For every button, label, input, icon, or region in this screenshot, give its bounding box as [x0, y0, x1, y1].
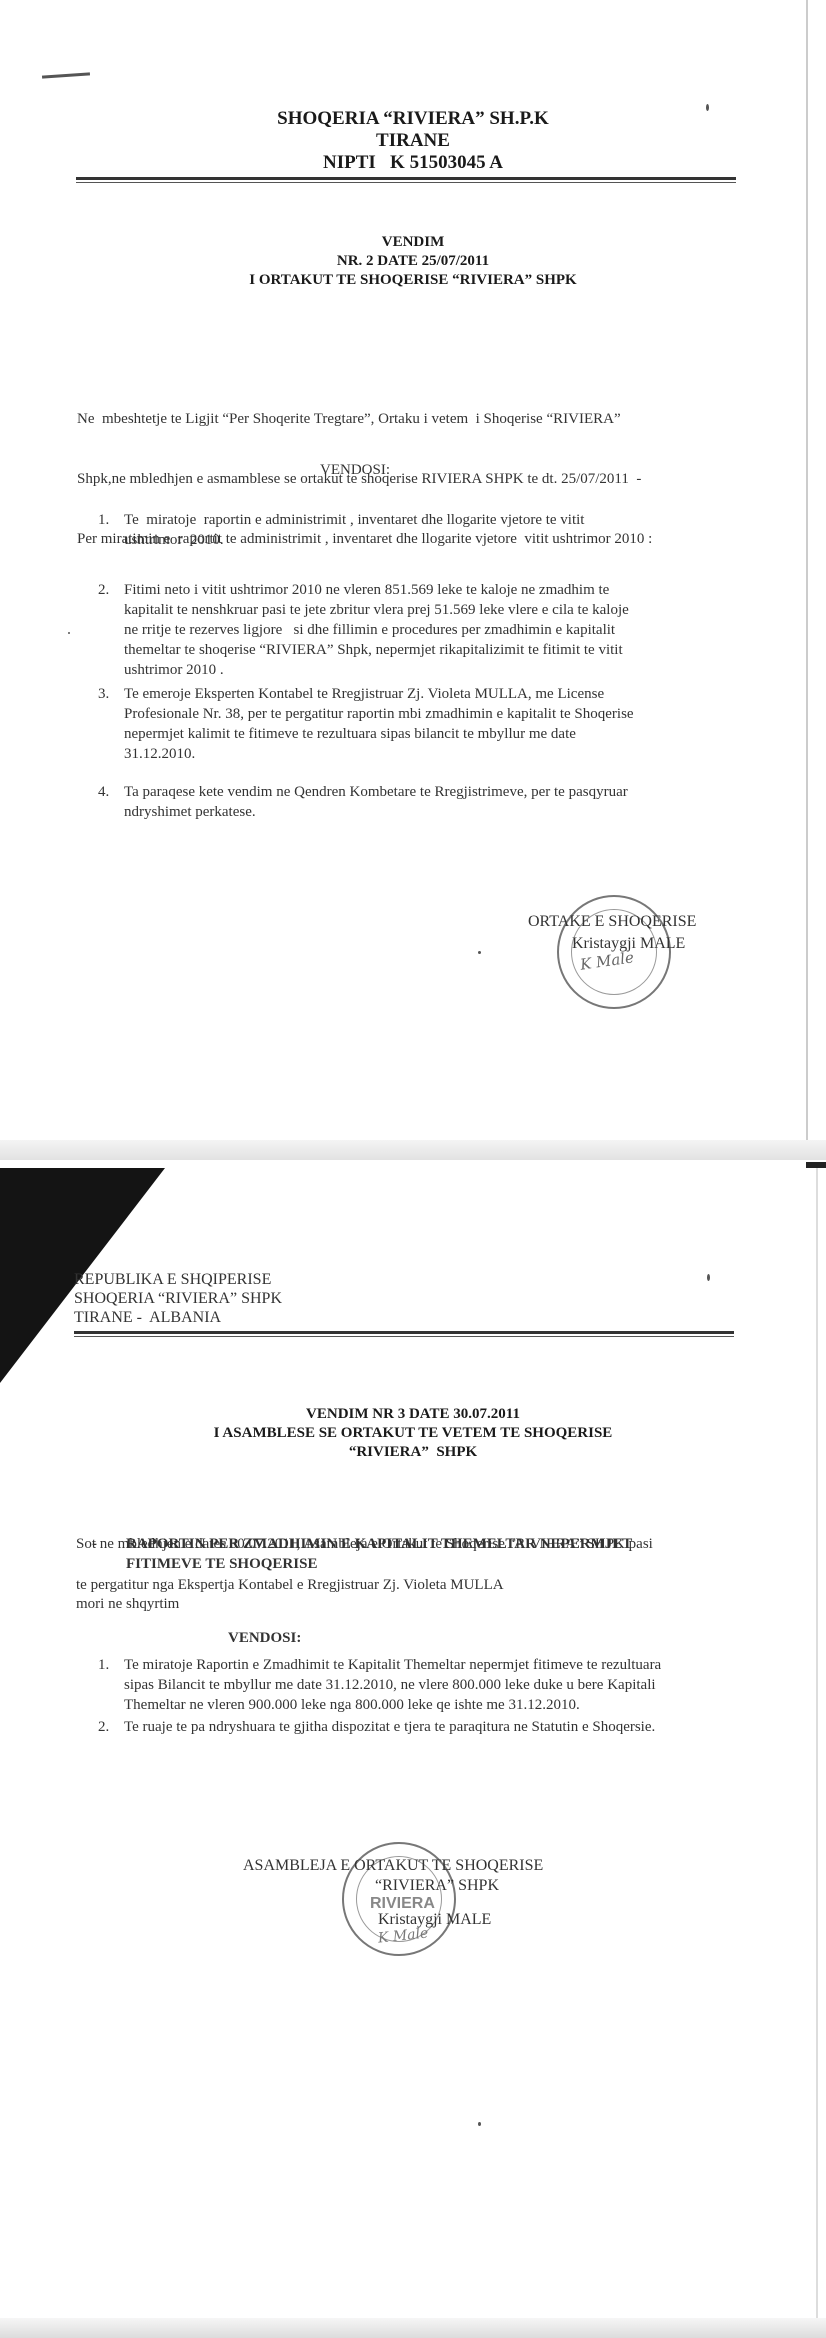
item-line: Te miratoje raportin e administrimit , i… [124, 510, 724, 530]
report-title-line: RAPORTIN PER ZMADHIMIN E KAPITALIT THEME… [126, 1534, 632, 1554]
intro-paragraph: Ne mbeshtetje te Ligjit “Per Shoqerite T… [77, 369, 727, 589]
header-city: TIRANE - ALBANIA [74, 1308, 282, 1327]
company-header: SHOQERIA “RIVIERA” SH.P.K TIRANE NIPTI K… [0, 108, 826, 174]
header-company: SHOQERIA “RIVIERA” SHPK [74, 1289, 282, 1308]
company-header: REPUBLIKA E SHQIPERISE SHOQERIA “RIVIERA… [74, 1270, 282, 1327]
prepared-by: te pergatitur nga Ekspertja Kontabel e R… [76, 1575, 504, 1595]
item-line: Fitimi neto i vitit ushtrimor 2010 ne vl… [124, 580, 724, 600]
decision-heading: VENDIM [0, 233, 826, 252]
decision-item: 4.Ta paraqese kete vendim ne Qendren Kom… [124, 782, 724, 822]
bullet-marker: - [92, 1534, 97, 1554]
pen-mark [42, 72, 90, 78]
decision-number-date: VENDIM NR 3 DATE 30.07.2011 [0, 1405, 826, 1424]
ink-speck [707, 1274, 710, 1281]
page-1: SHOQERIA “RIVIERA” SH.P.K TIRANE NIPTI K… [0, 0, 826, 1150]
company-nipt: NIPTI K 51503045 A [0, 152, 826, 174]
item-line: Te miratoje Raportin e Zmadhimit te Kapi… [124, 1655, 764, 1675]
decision-issuer: I ASAMBLESE SE ORTAKUT TE VETEM TE SHOQE… [0, 1424, 826, 1443]
decision-item: 3.Te emeroje Eksperten Kontabel te Rregj… [124, 684, 724, 764]
intro-paragraph: Sot ne mbledhjen e dates 30.07.2011, Asa… [76, 1494, 653, 1654]
header-rule [74, 1331, 734, 1334]
decision-item: 1.Te miratoje raportin e administrimit ,… [124, 510, 724, 550]
scan-bottom-edge [0, 2318, 826, 2338]
page-2: REPUBLIKA E SHQIPERISE SHOQERIA “RIVIERA… [0, 1168, 826, 2338]
decision-title: VENDIM NR 3 DATE 30.07.2011 I ASAMBLESE … [0, 1405, 826, 1462]
item-number: 1. [98, 510, 109, 530]
assembly-company: “RIVIERA” SHPK [375, 1876, 499, 1896]
item-line: Themeltar ne vleren 900.000 leke nga 800… [124, 1695, 764, 1715]
header-rule [76, 177, 736, 180]
decision-item: 2.Te ruaje te pa ndryshuara te gjitha di… [124, 1717, 764, 1737]
item-line: Ta paraqese kete vendim ne Qendren Kombe… [124, 782, 724, 802]
item-line: ne rritje te rezerves ligjore si dhe fil… [124, 620, 724, 640]
item-line: nepermjet kalimit te fitimeve te rezultu… [124, 724, 724, 744]
decision-issuer: I ORTAKUT TE SHOQERISE “RIVIERA” SHPK [0, 271, 826, 290]
item-number: 4. [98, 782, 109, 802]
reviewed-report: - RAPORTIN PER ZMADHIMIN E KAPITALIT THE… [76, 1534, 632, 1574]
item-line: kapitalit te nenshkruar pasi te jete zbr… [124, 600, 724, 620]
item-line: themeltar te shoqerise “RIVIERA” Shpk, n… [124, 640, 724, 660]
decision-item: 2.Fitimi neto i vitit ushtrimor 2010 ne … [124, 580, 724, 680]
signature-role: ORTAKE E SHOQERISE [528, 912, 696, 932]
decision-item: 1.Te miratoje Raportin e Zmadhimit te Ka… [124, 1655, 764, 1715]
intro-line: Ne mbeshtetje te Ligjit “Per Shoqerite T… [77, 409, 727, 429]
item-number: 2. [98, 580, 109, 600]
scan-edge [816, 1168, 818, 2318]
signature-name: Kristaygji MALE [378, 1910, 491, 1930]
item-line: ushtrimor 2010. [124, 530, 724, 550]
item-line: ndryshimet perkatese. [124, 802, 724, 822]
ink-speck [478, 2122, 481, 2126]
item-line: Profesionale Nr. 38, per te pergatitur r… [124, 704, 724, 724]
page-gap [0, 1140, 826, 1160]
decision-company: “RIVIERA” SHPK [0, 1443, 826, 1462]
item-line: ushtrimor 2010 . [124, 660, 724, 680]
ink-speck [68, 632, 70, 634]
intro-line: mori ne shqyrtim [76, 1594, 653, 1614]
intro-line: Shpk,ne mbledhjen e asmamblese se ortaku… [77, 469, 727, 489]
company-name: SHOQERIA “RIVIERA” SH.P.K [0, 108, 826, 130]
company-city: TIRANE [0, 130, 826, 152]
item-number: 2. [98, 1717, 109, 1737]
decision-number-date: NR. 2 DATE 25/07/2011 [0, 252, 826, 271]
decides-label: VENDOSI: [320, 460, 390, 480]
scan-edge [806, 0, 808, 1150]
report-title-line: FITIMEVE TE SHOQERISE [126, 1554, 632, 1574]
item-line: Te emeroje Eksperten Kontabel te Rregjis… [124, 684, 724, 704]
decision-title: VENDIM NR. 2 DATE 25/07/2011 I ORTAKUT T… [0, 233, 826, 290]
decides-label: VENDOSI: [228, 1628, 301, 1648]
item-line: Te ruaje te pa ndryshuara te gjitha disp… [124, 1717, 764, 1737]
item-line: 31.12.2010. [124, 744, 724, 764]
header-country: REPUBLIKA E SHQIPERISE [74, 1270, 282, 1289]
ink-speck [478, 951, 481, 954]
assembly-label: ASAMBLEJA E ORTAKUT TE SHOQERISE [243, 1856, 543, 1876]
item-number: 3. [98, 684, 109, 704]
item-line: sipas Bilancit te mbyllur me date 31.12.… [124, 1675, 764, 1695]
item-number: 1. [98, 1655, 109, 1675]
